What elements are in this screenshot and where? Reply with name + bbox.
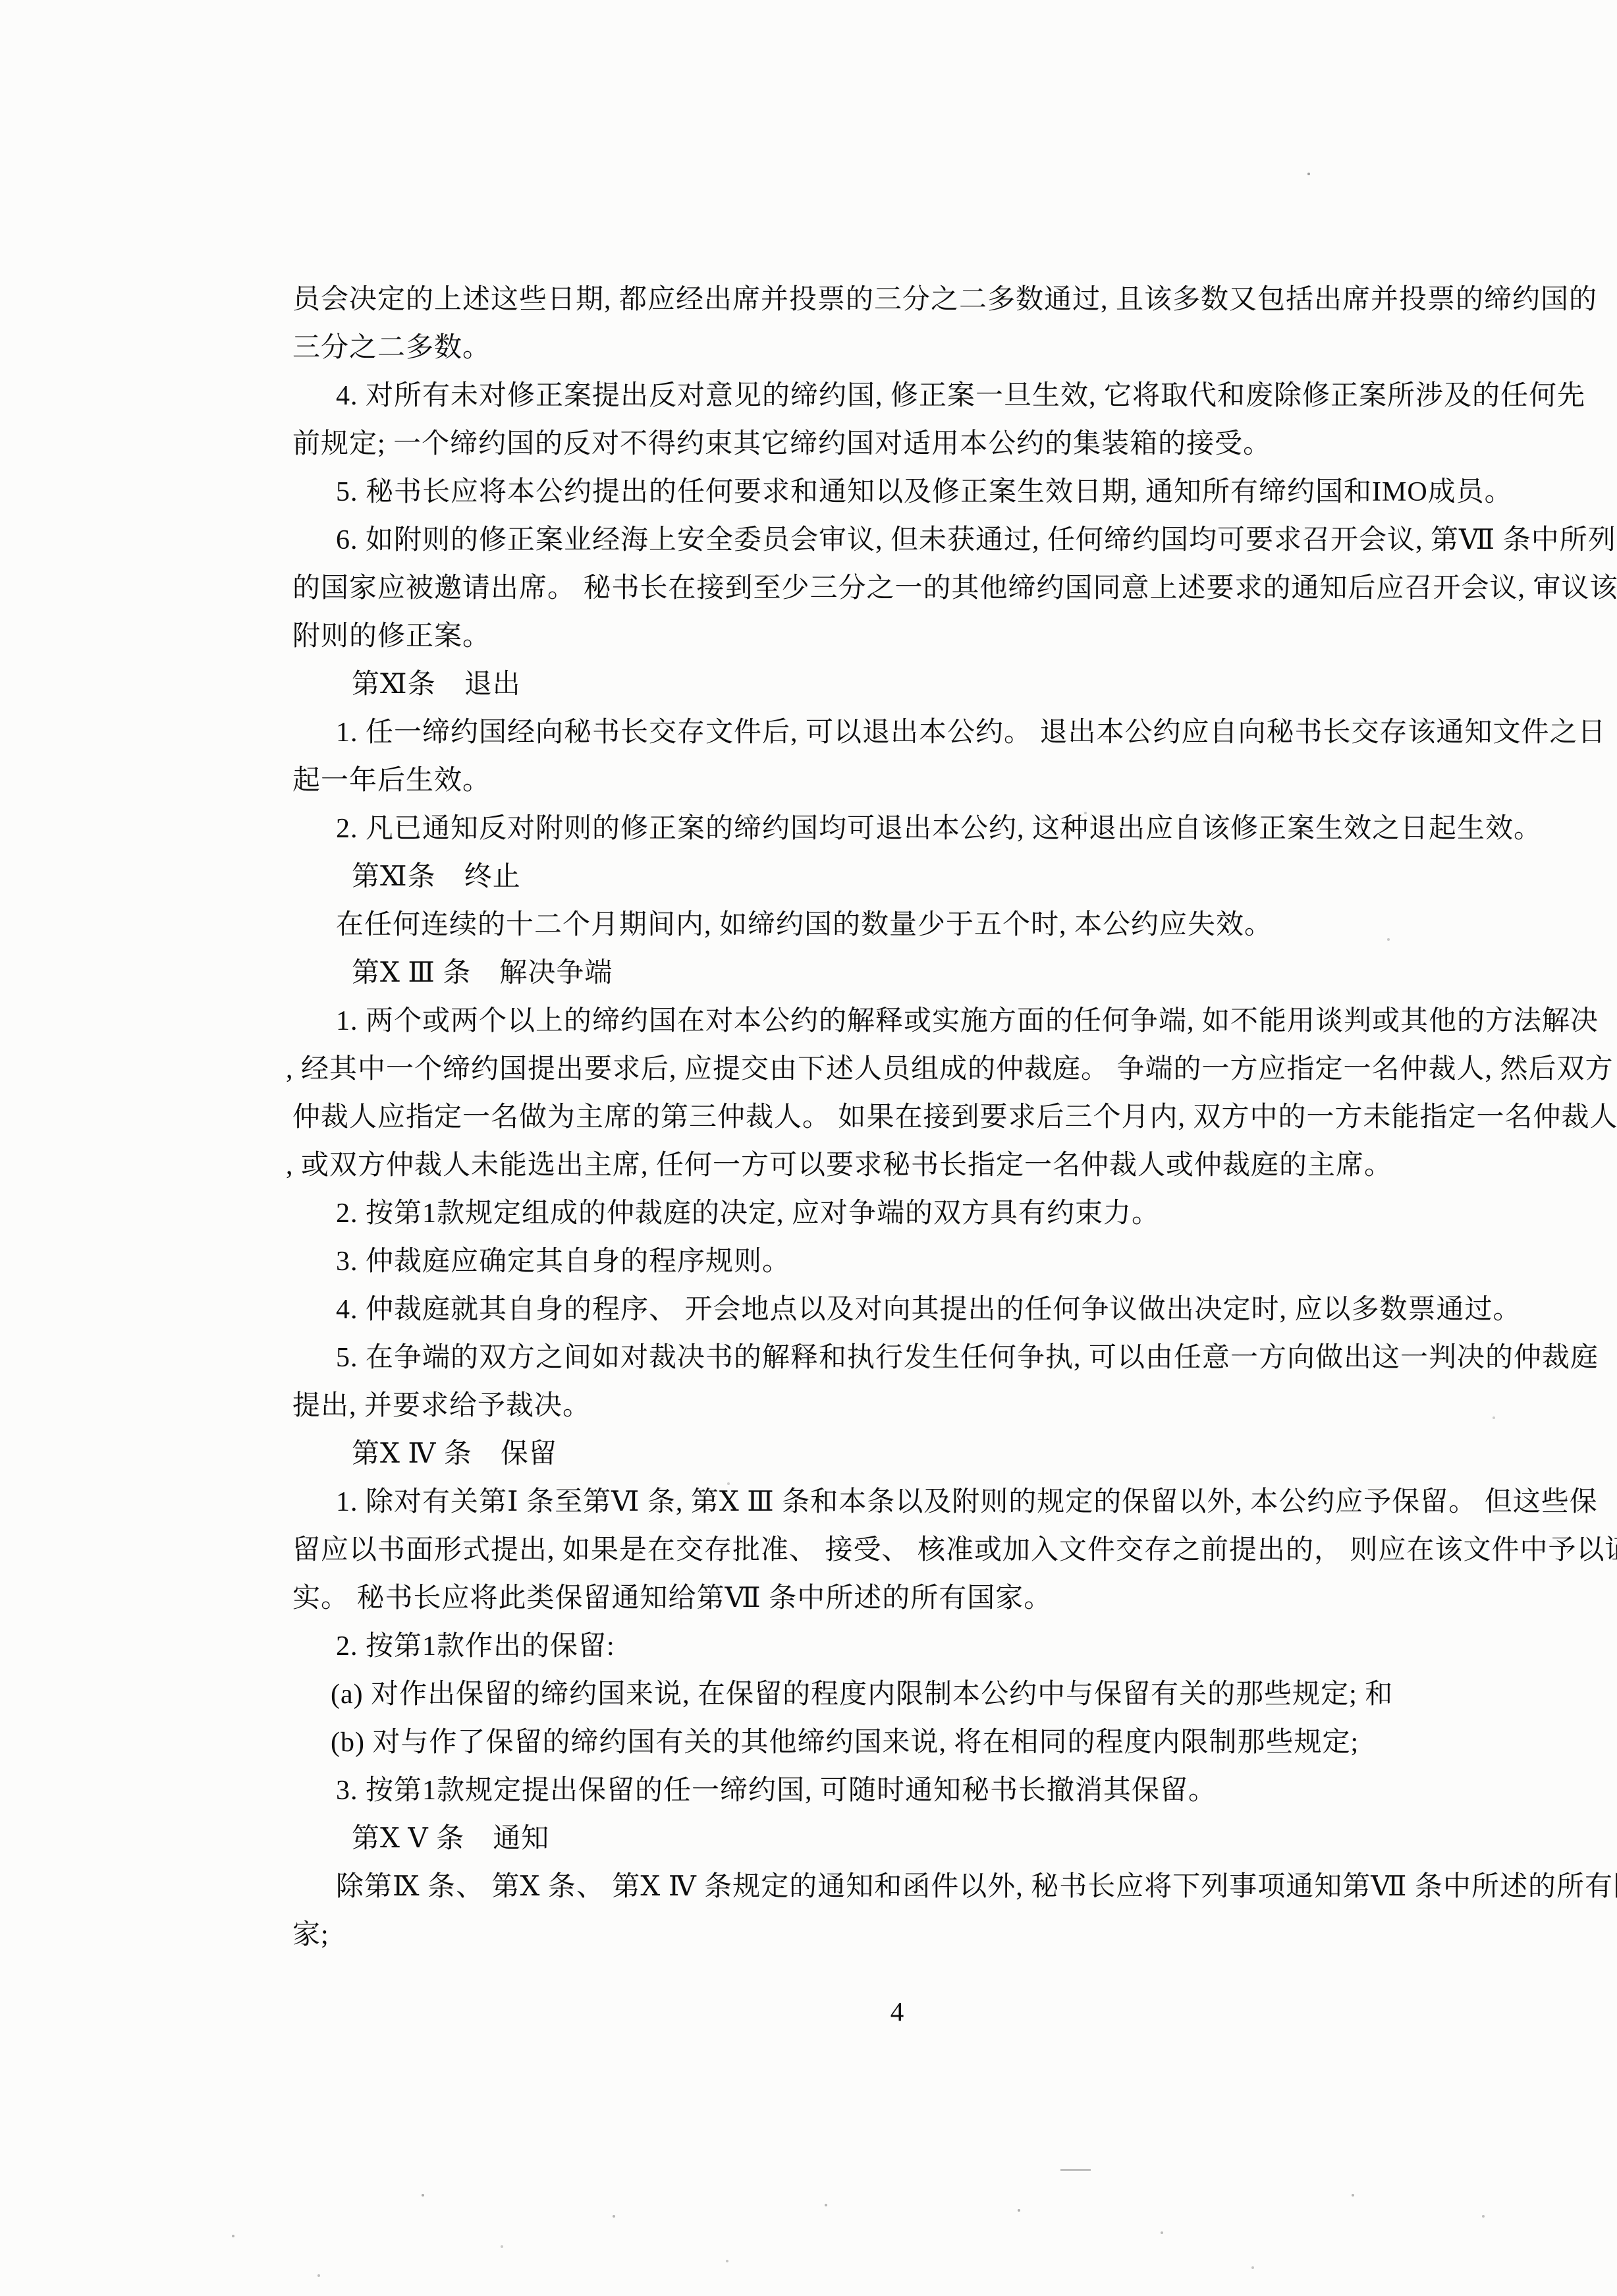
text-line: 1. 任一缔约国经向秘书长交存文件后, 可以退出本公约。 退出本公约应自向秘书长… (292, 709, 1525, 757)
text-line: (a) 对作出保留的缔约国来说, 在保留的程度内限制本公约中与保留有关的那些规定… (292, 1671, 1525, 1719)
scanned-document-page: 员会决定的上述这些日期, 都应经出席并投票的三分之二多数通过, 且该多数又包括出… (0, 0, 1617, 2296)
article-heading: 第Ⅹ Ⅳ 条 保留 (292, 1430, 1525, 1478)
text-line: 1. 除对有关第Ⅰ 条至第Ⅵ 条, 第Ⅹ Ⅲ 条和本条以及附则的规定的保留以外,… (292, 1478, 1525, 1526)
text-line: 2. 按第1款作出的保留: (292, 1623, 1525, 1671)
text-line: 附则的修正案。 (292, 613, 1525, 661)
text-line: , 或双方仲裁人未能选出主席, 任何一方可以要求秘书长指定一名仲裁人或仲裁庭的主… (286, 1142, 1525, 1190)
article-heading: 第Ⅺ条 终止 (292, 853, 1525, 901)
text-line: 留应以书面形式提出, 如果是在交存批准、 接受、 核准或加入文件交存之前提出的，… (292, 1526, 1525, 1575)
text-line: 起一年后生效。 (292, 757, 1525, 805)
text-line: 4. 仲裁庭就其自身的程序、 开会地点以及对向其提出的任何争议做出决定时, 应以… (292, 1286, 1525, 1334)
text-line: , 经其中一个缔约国提出要求后, 应提交由下述人员组成的仲裁庭。 争端的一方应指… (286, 1046, 1525, 1094)
text-line: 3. 按第1款规定提出保留的任一缔约国, 可随时通知秘书长撤消其保留。 (292, 1767, 1525, 1815)
text-line: 在任何连续的十二个月期间内, 如缔约国的数量少于五个时, 本公约应失效。 (292, 901, 1525, 949)
text-line: (b) 对与作了保留的缔约国有关的其他缔约国来说, 将在相同的程度内限制那些规定… (292, 1719, 1525, 1767)
document-body: 员会决定的上述这些日期, 都应经出席并投票的三分之二多数通过, 且该多数又包括出… (0, 276, 1617, 1959)
text-line: 1. 两个或两个以上的缔约国在对本公约的解释或实施方面的任何争端, 如不能用谈判… (292, 997, 1525, 1046)
scan-speckle (0, 0, 3, 3)
text-line: 前规定; 一个缔约国的反对不得约束其它缔约国对适用本公约的集装箱的接受。 (292, 420, 1525, 468)
text-line: 三分之二多数。 (292, 324, 1525, 372)
text-line: 5. 秘书长应将本公约提出的任何要求和通知以及修正案生效日期, 通知所有缔约国和… (292, 468, 1525, 517)
text-line: 提出, 并要求给予裁决。 (292, 1382, 1525, 1430)
page-number: 4 (877, 1995, 917, 2028)
article-heading: 第Ⅹ Ⅴ 条 通知 (292, 1815, 1525, 1863)
text-line: 2. 凡已通知反对附则的修正案的缔约国均可退出本公约, 这种退出应自该修正案生效… (292, 805, 1525, 853)
text-line: 5. 在争端的双方之间如对裁决书的解释和执行发生任何争执, 可以由任意一方向做出… (292, 1334, 1525, 1382)
scan-artifact-dash (1060, 2169, 1091, 2171)
text-line: 3. 仲裁庭应确定其自身的程序规则。 (292, 1238, 1525, 1286)
text-line: 的国家应被邀请出席。 秘书长在接到至少三分之一的其他缔约国同意上述要求的通知后应… (292, 565, 1525, 613)
text-line: 2. 按第1款规定组成的仲裁庭的决定, 应对争端的双方具有约束力。 (292, 1190, 1525, 1238)
text-line: 仲裁人应指定一名做为主席的第三仲裁人。 如果在接到要求后三个月内, 双方中的一方… (292, 1094, 1525, 1142)
text-line: 家; (292, 1911, 1525, 1959)
text-line: 4. 对所有未对修正案提出反对意见的缔约国, 修正案一旦生效, 它将取代和废除修… (292, 372, 1525, 420)
article-heading: 第Ⅺ条 退出 (292, 661, 1525, 709)
text-line: 员会决定的上述这些日期, 都应经出席并投票的三分之二多数通过, 且该多数又包括出… (292, 276, 1525, 324)
text-line: 实。 秘书长应将此类保留通知给第Ⅶ 条中所述的所有国家。 (292, 1575, 1525, 1623)
text-line: 除第Ⅸ 条、 第Ⅹ 条、 第Ⅹ Ⅳ 条规定的通知和函件以外, 秘书长应将下列事项… (292, 1863, 1525, 1911)
text-line: 6. 如附则的修正案业经海上安全委员会审议, 但未获通过, 任何缔约国均可要求召… (292, 517, 1525, 565)
article-heading: 第Ⅹ Ⅲ 条 解决争端 (292, 949, 1525, 997)
